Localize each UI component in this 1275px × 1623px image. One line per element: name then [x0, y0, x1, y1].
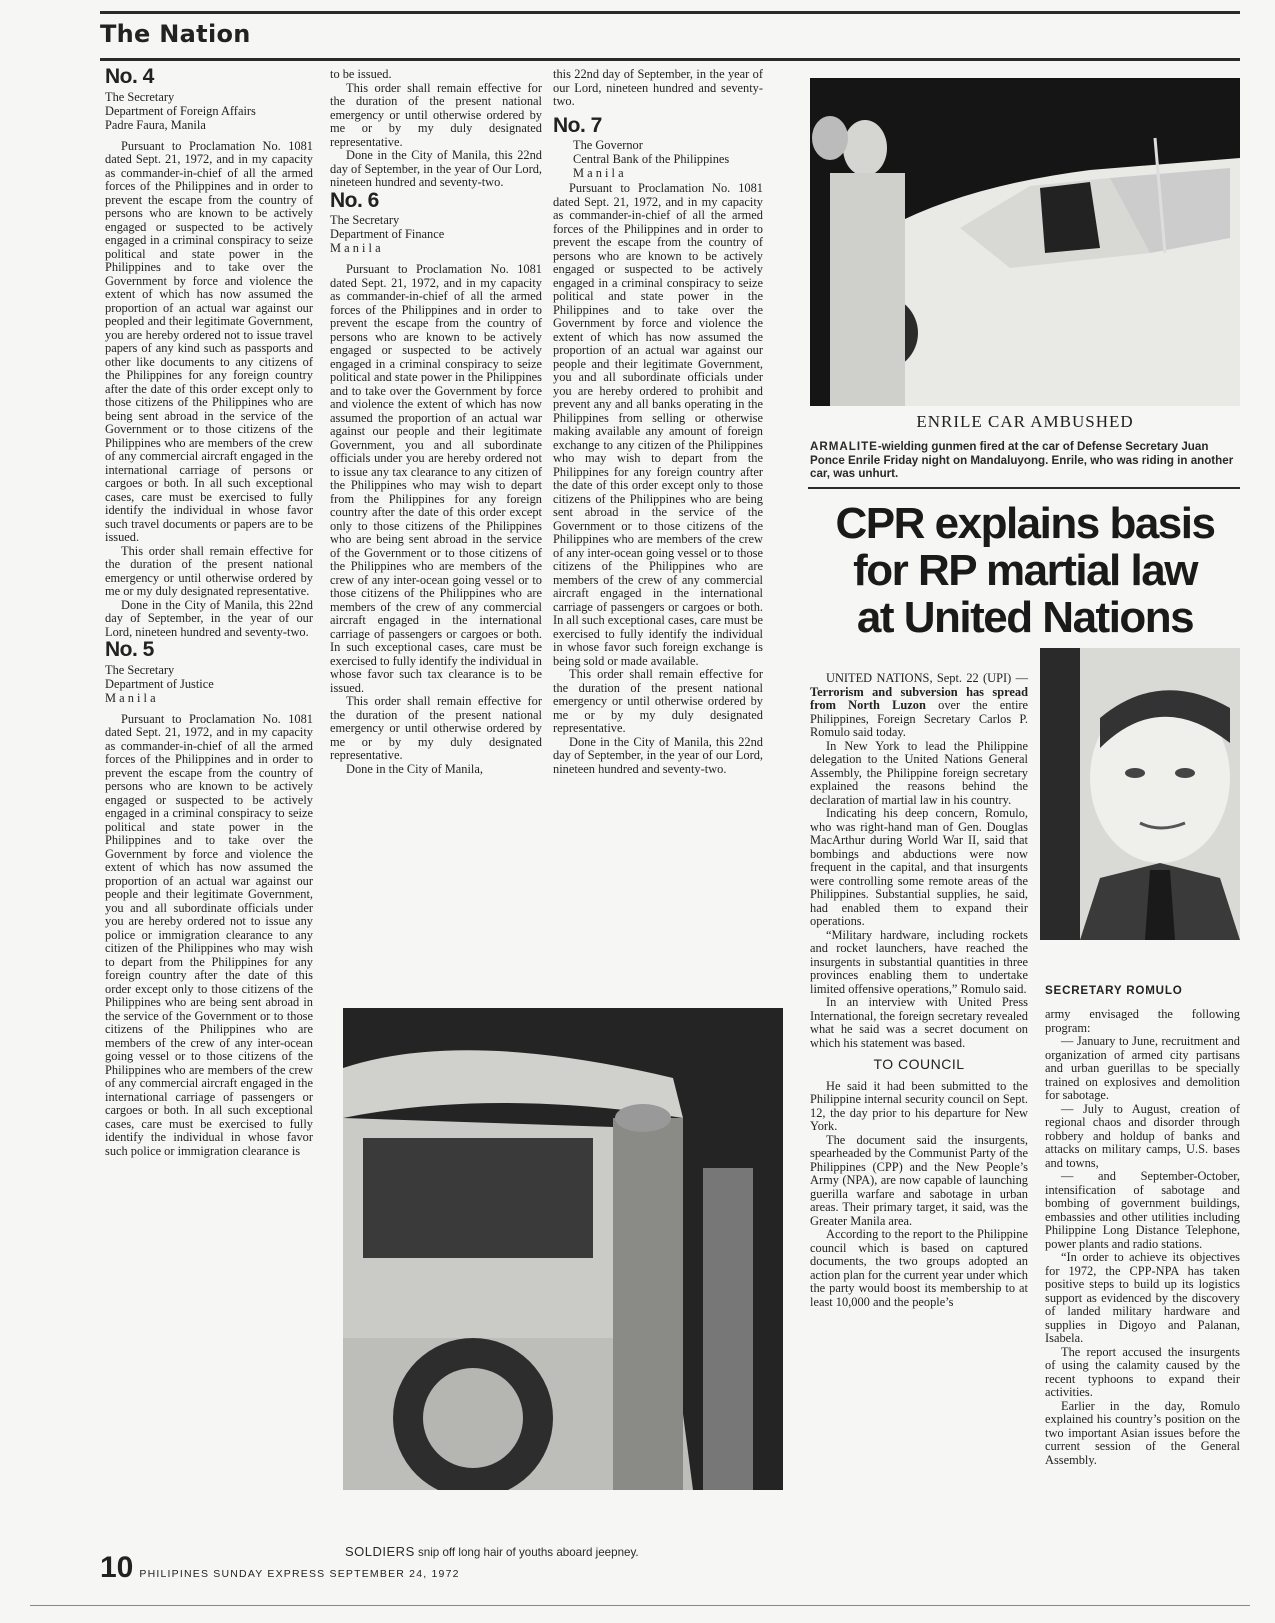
car-ambush-image-icon	[810, 78, 1240, 406]
paper-name-date: PHILIPINES SUNDAY EXPRESS SEPTEMBER 24, …	[139, 1568, 459, 1580]
address-line: Department of Foreign Affairs	[105, 104, 313, 118]
column-2: to be issued. This order shall remain ef…	[330, 68, 542, 776]
paragraph: This order shall remain effective for th…	[330, 82, 542, 150]
paragraph: The report accused the insurgents of usi…	[1045, 1346, 1240, 1400]
address-line: The Governor	[573, 138, 763, 152]
romulo-photo	[1040, 648, 1240, 940]
order-no-5-address: The Secretary Department of Justice M a …	[105, 663, 313, 705]
soldiers-jeepney-image-icon	[343, 1008, 783, 1490]
paragraph: This order shall remain effective for th…	[553, 668, 763, 736]
enrile-photo-title: ENRILE CAR AMBUSHED	[810, 412, 1240, 432]
order-no-7-heading: No. 7	[553, 119, 763, 133]
paragraph: Pursuant to Proclamation No. 1081 dated …	[553, 182, 763, 668]
paragraph: Done in the City of Manila, this 22nd da…	[553, 736, 763, 777]
address-line: M a n i l a	[105, 691, 313, 705]
order-no-4-address: The Secretary Department of Foreign Affa…	[105, 90, 313, 132]
page-footer: 10 PHILIPINES SUNDAY EXPRESS SEPTEMBER 2…	[100, 1555, 460, 1581]
paragraph: — and September-October, intensification…	[1045, 1170, 1240, 1251]
paragraph: — January to June, recruitment and organ…	[1045, 1035, 1240, 1103]
order-no-7-address: The Governor Central Bank of the Philipp…	[553, 138, 763, 180]
paragraph: Done in the City of Manila,	[330, 763, 542, 777]
romulo-photo-caption: SECRETARY ROMULO	[1045, 984, 1183, 997]
address-line: The Secretary	[330, 213, 542, 227]
address-line: Department of Justice	[105, 677, 313, 691]
headline-line: at United Nations	[810, 594, 1240, 641]
caption-rule	[808, 487, 1240, 489]
section-title: The Nation	[100, 20, 251, 48]
paragraph: In an interview with United Press Intern…	[810, 996, 1028, 1050]
caption-lead: ARMALITE	[810, 440, 878, 453]
address-line: Central Bank of the Philippines	[573, 152, 763, 166]
paragraph: In New York to lead the Philippine deleg…	[810, 740, 1028, 808]
romulo-portrait-icon	[1040, 648, 1240, 940]
address-line: The Secretary	[105, 90, 313, 104]
order-no-5-heading: No. 5	[105, 643, 313, 657]
enrile-photo-caption: ARMALITE-wielding gunmen fired at the ca…	[810, 440, 1240, 481]
dateline: UNITED NATIONS, Sept. 22 (UPI) —	[826, 671, 1028, 685]
article-column-1: UNITED NATIONS, Sept. 22 (UPI) — Terrori…	[810, 672, 1028, 1309]
paragraph: Done in the City of Manila, this 22nd da…	[105, 599, 313, 640]
jeepney-photo	[343, 1008, 783, 1490]
address-line: Padre Faura, Manila	[105, 118, 313, 132]
newspaper-page: The Nation No. 4 The Secretary Departmen…	[0, 0, 1275, 1623]
paragraph: — July to August, creation of regional c…	[1045, 1103, 1240, 1171]
order-no-6-address: The Secretary Department of Finance M a …	[330, 213, 542, 255]
headline-line: for RP martial law	[810, 547, 1240, 594]
paragraph: Done in the City of Manila, this 22nd da…	[330, 149, 542, 190]
paragraph: to be issued.	[330, 68, 542, 82]
paragraph: Pursuant to Proclamation No. 1081 dated …	[330, 263, 542, 695]
paragraph: He said it had been submitted to the Phi…	[810, 1080, 1028, 1134]
header-rule	[100, 58, 1240, 61]
paragraph: “In order to achieve its objectives for …	[1045, 1251, 1240, 1346]
address-line: M a n i l a	[330, 241, 542, 255]
paragraph: This order shall remain effective for th…	[105, 545, 313, 599]
paragraph: this 22nd day of September, in the year …	[553, 68, 763, 109]
address-line: Department of Finance	[330, 227, 542, 241]
paragraph: Earlier in the day, Romulo explained his…	[1045, 1400, 1240, 1468]
paragraph: Pursuant to Proclamation No. 1081 dated …	[105, 713, 313, 1159]
column-1: No. 4 The Secretary Department of Foreig…	[105, 66, 313, 1158]
paragraph: The document said the insurgents, spearh…	[810, 1134, 1028, 1229]
paragraph: According to the report to the Philippin…	[810, 1228, 1028, 1309]
headline-line: CPR explains basis	[810, 500, 1240, 547]
paragraph: “Military hardware, including rockets an…	[810, 929, 1028, 997]
top-rule	[100, 11, 1240, 14]
page-number: 10	[100, 1555, 133, 1581]
order-no-4-heading: No. 4	[105, 70, 313, 84]
article-headline: CPR explains basis for RP martial law at…	[810, 500, 1240, 641]
subhead-to-council: TO COUNCIL	[810, 1058, 1028, 1072]
enrile-car-photo	[810, 78, 1240, 406]
address-line: M a n i l a	[573, 166, 763, 180]
order-no-6-heading: No. 6	[330, 194, 542, 208]
article-column-2: army envisaged the following program: — …	[1045, 1008, 1240, 1467]
article-lead: UNITED NATIONS, Sept. 22 (UPI) — Terrori…	[810, 672, 1028, 740]
bottom-rule	[30, 1605, 1250, 1606]
paragraph: Pursuant to Proclamation No. 1081 dated …	[105, 140, 313, 545]
paragraph: This order shall remain effective for th…	[330, 695, 542, 763]
address-line: The Secretary	[105, 663, 313, 677]
column-3: this 22nd day of September, in the year …	[553, 68, 763, 776]
paragraph: army envisaged the following program:	[1045, 1008, 1240, 1035]
paragraph: Indicating his deep concern, Romulo, who…	[810, 807, 1028, 929]
